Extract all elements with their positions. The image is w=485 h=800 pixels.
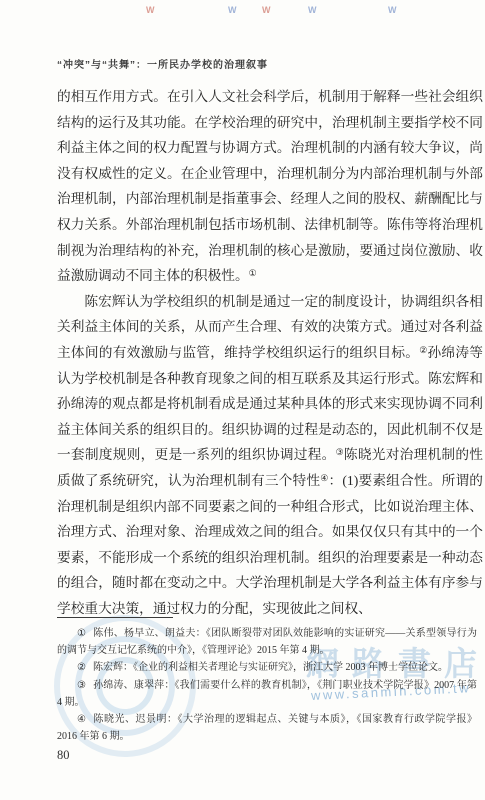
top-watermark-fragment: W: [388, 5, 397, 15]
footnote-item: ③孙绵涛、康翠萍：《我们需要什么样的教育机制》，《荆门职业技术学院学报》2007…: [57, 677, 477, 711]
footnote-marker: ①: [77, 628, 86, 639]
top-watermark-fragment: W: [228, 5, 237, 15]
footnote-item: ①陈伟、杨早立、朗益夫：《团队断裂带对团队效能影响的实证研究——关系型领导行为的…: [57, 625, 477, 659]
footnote-marker: ③: [77, 680, 86, 691]
top-watermark-fragment: W: [308, 5, 317, 15]
footnote-marker: ②: [77, 662, 86, 673]
top-watermark-fragment: W: [146, 5, 155, 15]
footnote-marker: ④: [77, 714, 86, 725]
footnote-item: ②陈宏辉：《企业的利益相关者理论与实证研究》，浙江大学 2003 年博士学位论文…: [57, 659, 477, 676]
footnote-reference: ③: [336, 447, 344, 457]
body-text: 的相互作用方式。在引入人文社会科学后，机制用于解释一些社会组织结构的运行及其功能…: [57, 84, 483, 621]
footnotes: ①陈伟、杨早立、朗益夫：《团队断裂带对团队效能影响的实证研究——关系型领导行为的…: [57, 625, 477, 745]
running-head: “冲突”与“共舞”：一所民办学校的治理叙事: [57, 56, 268, 71]
paragraph: 的相互作用方式。在引入人文社会科学后，机制用于解释一些社会组织结构的运行及其功能…: [57, 84, 483, 289]
footnote-separator: [57, 617, 173, 618]
paragraph: 陈宏辉认为学校组织的机制是通过一定的制度设计，协调组织各相关利益主体间的关系，从…: [57, 289, 483, 622]
footnote-reference: ②: [419, 345, 427, 355]
document-page: WWWWW “冲突”与“共舞”：一所民办学校的治理叙事 的相互作用方式。在引入人…: [0, 0, 485, 800]
footnote-item: ④陈晓光、迟景明：《大学治理的逻辑起点、关键与本质》，《国家教育行政学院学报》2…: [57, 711, 477, 745]
page-number: 80: [57, 748, 70, 763]
footnote-reference: ①: [249, 268, 257, 278]
footnote-reference: ④: [320, 473, 328, 483]
top-watermark-fragment: W: [262, 5, 271, 15]
